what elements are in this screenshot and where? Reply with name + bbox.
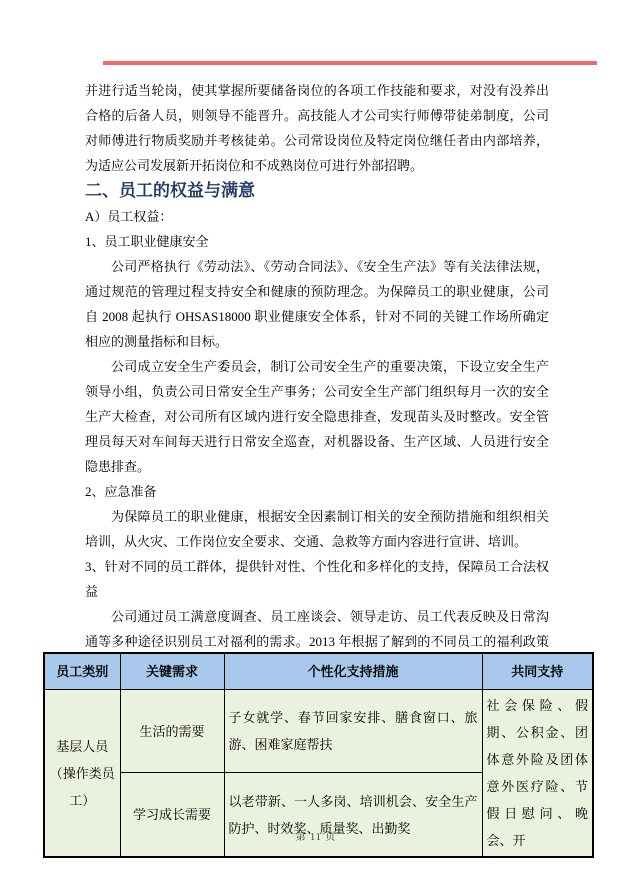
paragraph-safety-committee: 公司成立安全生产委员会，制订公司安全生产的重要决策，下设立安全生产领导小组，负责… bbox=[85, 354, 549, 479]
cell-need-growth: 学习成长需要 bbox=[120, 773, 224, 857]
header-common-support: 共同支持 bbox=[482, 653, 593, 690]
page-content: 并进行适当轮岗，使其掌握所要储备岗位的各项工作技能和要求，对没有没养出合格的后备… bbox=[85, 78, 549, 704]
list-item-2: 2、应急准备 bbox=[85, 479, 549, 504]
header-personalized-support: 个性化支持措施 bbox=[224, 653, 482, 690]
cell-measures-growth: 以老带新、一人多岗、培训机会、安全生产防护、时效奖、质量奖、出勤奖 bbox=[224, 773, 482, 857]
header-employee-category: 员工类别 bbox=[44, 653, 120, 690]
list-item-3: 3、针对不同的员工群体，提供针对性、个性化和多样化的支持，保障员工合法权益 bbox=[85, 554, 549, 604]
header-key-needs: 关键需求 bbox=[120, 653, 224, 690]
cell-need-life: 生活的需要 bbox=[120, 690, 224, 773]
list-item-1: 1、员工职业健康安全 bbox=[85, 229, 549, 254]
page-number: 第 11 页 bbox=[0, 828, 632, 843]
document-page: 并进行适当轮岗，使其掌握所要储备岗位的各项工作技能和要求，对没有没养出合格的后备… bbox=[0, 0, 632, 893]
cell-measures-life: 子女就学、春节回家安排、膳食窗口、旅游、困难家庭帮扶 bbox=[224, 690, 482, 773]
table-row: 基层人员（操作类员工） 生活的需要 子女就学、春节回家安排、膳食窗口、旅游、困难… bbox=[44, 690, 593, 773]
paragraph-health-safety: 公司严格执行《劳动法》、《劳动合同法》、《安全生产法》等有关法律法规，通过规范的… bbox=[85, 254, 549, 354]
paragraph-emergency: 为保障员工的职业健康，根据安全因素制订相关的安全预防措施和组织相关培训，从火灾、… bbox=[85, 504, 549, 554]
section-heading: 二、员工的权益与满意 bbox=[85, 178, 549, 204]
top-divider-line bbox=[103, 61, 597, 65]
paragraph-continuation: 并进行适当轮岗，使其掌握所要储备岗位的各项工作技能和要求，对没有没养出合格的后备… bbox=[85, 78, 549, 178]
subsection-label: A）员工权益： bbox=[85, 204, 549, 229]
table-header-row: 员工类别 关键需求 个性化支持措施 共同支持 bbox=[44, 653, 593, 690]
